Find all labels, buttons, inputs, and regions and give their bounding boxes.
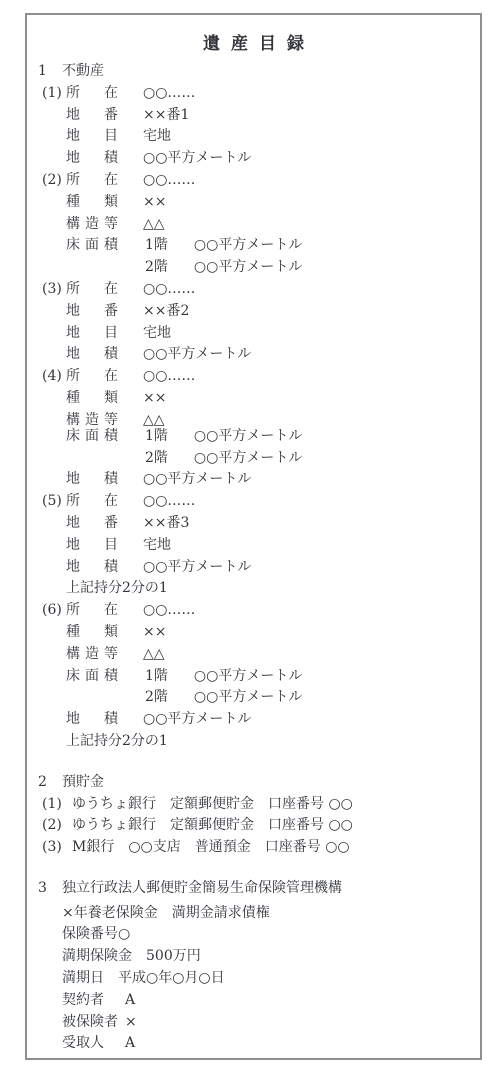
field-value: ××番3 (143, 513, 189, 535)
floor-label: 1階 (145, 426, 168, 448)
field-value: ×× (143, 192, 166, 214)
field-value: ○○…… (143, 170, 195, 192)
property-row: 2階○○平方メートル (27, 448, 480, 470)
field-label: 種類 (66, 192, 118, 214)
party-label: 契約者 (62, 990, 125, 1012)
insurance-line: 満期日 平成○年○月○日 (27, 968, 480, 990)
section-title: 預貯金 (62, 772, 104, 794)
field-label: 構造等 (66, 644, 118, 666)
field-label: 所在 (66, 600, 118, 622)
field-value: ○○平方メートル (143, 557, 251, 579)
floor-label: 1階 (145, 235, 168, 257)
deposit-text: ゆうちょ銀行 定額郵便貯金 口座番号 ○○ (72, 794, 353, 816)
floor-label: 2階 (145, 687, 168, 709)
property-row: 2階○○平方メートル (27, 687, 480, 709)
property-row: (4)所在○○…… (27, 366, 480, 388)
field-label: 種類 (66, 388, 118, 410)
floor-label: 2階 (145, 257, 168, 279)
item-number: (2) (42, 170, 62, 192)
property-row: (3)所在○○…… (27, 279, 480, 301)
field-label: 床面積 (66, 426, 118, 448)
field-label: 床面積 (66, 666, 118, 688)
property-row: 床面積1階○○平方メートル (27, 426, 480, 448)
field-value: ○○平方メートル (194, 666, 302, 688)
property-row: (1)所在○○…… (27, 83, 480, 105)
property-row: 地目宅地 (27, 323, 480, 345)
field-label: 地目 (66, 126, 118, 148)
party-label: 受取人 (62, 1033, 125, 1055)
field-label: 所在 (66, 491, 118, 513)
field-label: 種類 (66, 622, 118, 644)
property-row: 種類×× (27, 622, 480, 644)
field-value: ○○平方メートル (143, 709, 251, 731)
property-row: 地積○○平方メートル (27, 344, 480, 366)
party-value: A (125, 990, 135, 1012)
share-note-row: 上記持分2分の1 (27, 578, 480, 600)
party-row: 被保険者× (27, 1012, 480, 1034)
field-label: 構造等 (66, 214, 118, 236)
field-value: ○○平方メートル (194, 235, 302, 257)
section-title: 不動産 (62, 61, 104, 83)
section-number: 3 (38, 878, 62, 900)
item-number: (3) (42, 279, 62, 301)
field-value: ○○平方メートル (143, 148, 251, 170)
item-number: (5) (42, 491, 62, 513)
property-row: 構造等△△ (27, 644, 480, 666)
field-label: 地目 (66, 535, 118, 557)
deposit-item: (2)ゆうちょ銀行 定額郵便貯金 口座番号 ○○ (27, 815, 480, 837)
field-value: ××番1 (143, 105, 189, 127)
field-label: 所在 (66, 279, 118, 301)
section-insurance-heading: 3独立行政法人郵便貯金簡易生命保険管理機構 (27, 878, 480, 900)
property-row: 地積○○平方メートル (27, 148, 480, 170)
field-value: ○○…… (143, 491, 195, 513)
property-row: 床面積1階○○平方メートル (27, 666, 480, 688)
item-number: (1) (42, 83, 62, 105)
party-label: 被保険者 (62, 1012, 125, 1034)
field-value: ○○平方メートル (194, 687, 302, 709)
deposit-item: (3)M銀行 ○○支店 普通預金 口座番号 ○○ (27, 837, 480, 859)
field-value: ×× (143, 388, 166, 410)
share-note: 上記持分2分の1 (66, 731, 168, 753)
field-label: 地番 (66, 105, 118, 127)
deposit-item: (1)ゆうちょ銀行 定額郵便貯金 口座番号 ○○ (27, 794, 480, 816)
section-number: 1 (38, 61, 62, 83)
field-value: ○○平方メートル (194, 448, 302, 470)
party-value: A (125, 1033, 135, 1055)
item-number: (4) (42, 366, 62, 388)
section-title: 独立行政法人郵便貯金簡易生命保険管理機構 (62, 878, 342, 900)
insurance-line: 満期保険金 500万円 (27, 946, 480, 968)
field-label: 地積 (66, 709, 118, 731)
field-label: 地番 (66, 301, 118, 323)
item-number: (3) (42, 837, 72, 859)
item-number: (6) (42, 600, 62, 622)
section-number: 2 (38, 772, 62, 794)
property-row: 地積○○平方メートル (27, 469, 480, 491)
property-row: 地番××番3 (27, 513, 480, 535)
field-value: △△ (143, 644, 165, 666)
floor-label: 2階 (145, 448, 168, 470)
party-value: × (125, 1012, 137, 1034)
field-value: 宅地 (143, 535, 171, 557)
property-row: 地番××番1 (27, 105, 480, 127)
item-number: (1) (42, 794, 72, 816)
field-value: ○○平方メートル (194, 257, 302, 279)
field-label: 床面積 (66, 235, 118, 257)
document-title: 遺産目録 (27, 32, 480, 57)
field-label: 所在 (66, 170, 118, 192)
property-row: 地目宅地 (27, 126, 480, 148)
field-value: △△ (143, 214, 165, 236)
field-value: ○○平方メートル (143, 344, 251, 366)
property-row: 地積○○平方メートル (27, 709, 480, 731)
property-row: (2)所在○○…… (27, 170, 480, 192)
estate-inventory-document: 遺産目録 1不動産 (1)所在○○…… 地番××番1 地目宅地 地積○○平方メー… (25, 13, 482, 1060)
field-label: 地積 (66, 344, 118, 366)
share-note-row: 上記持分2分の1 (27, 731, 480, 753)
page-background: { "doc": { "title": "遺産目録", "section1": … (0, 0, 500, 1078)
property-row: (5)所在○○…… (27, 491, 480, 513)
property-row: 地目宅地 (27, 535, 480, 557)
property-row: 床面積1階○○平方メートル (27, 235, 480, 257)
deposit-text: ゆうちょ銀行 定額郵便貯金 口座番号 ○○ (72, 815, 353, 837)
share-note: 上記持分2分の1 (66, 578, 168, 600)
property-row: 種類×× (27, 192, 480, 214)
deposit-text: M銀行 ○○支店 普通預金 口座番号 ○○ (72, 837, 350, 859)
field-value: ○○平方メートル (194, 426, 302, 448)
party-row: 契約者A (27, 990, 480, 1012)
item-number: (2) (42, 815, 72, 837)
field-value: ○○…… (143, 366, 195, 388)
field-label: 所在 (66, 366, 118, 388)
floor-label: 1階 (145, 666, 168, 688)
field-label: 地積 (66, 469, 118, 491)
field-value: 宅地 (143, 323, 171, 345)
property-row: 地番××番2 (27, 301, 480, 323)
section-deposits-heading: 2預貯金 (27, 772, 480, 794)
field-value: ×× (143, 622, 166, 644)
field-label: 地目 (66, 323, 118, 345)
field-value: 宅地 (143, 126, 171, 148)
field-label: 地積 (66, 148, 118, 170)
field-label: 地番 (66, 513, 118, 535)
property-row: (6)所在○○…… (27, 600, 480, 622)
field-value: ××番2 (143, 301, 189, 323)
property-row: 2階○○平方メートル (27, 257, 480, 279)
field-value: ○○…… (143, 600, 195, 622)
field-label: 地積 (66, 557, 118, 579)
property-row: 地積○○平方メートル (27, 557, 480, 579)
party-row: 受取人A (27, 1033, 480, 1055)
field-value: ○○…… (143, 279, 195, 301)
section-real-estate-heading: 1不動産 (27, 61, 480, 83)
field-label: 所在 (66, 83, 118, 105)
property-row: 構造等△△ (27, 214, 480, 236)
property-row: 種類×× (27, 388, 480, 410)
field-value: ○○…… (143, 83, 195, 105)
field-value: ○○平方メートル (143, 469, 251, 491)
insurance-line: 保険番号○ (27, 924, 480, 946)
insurance-line: ×年養老保険金 満期金請求債権 (27, 903, 480, 925)
